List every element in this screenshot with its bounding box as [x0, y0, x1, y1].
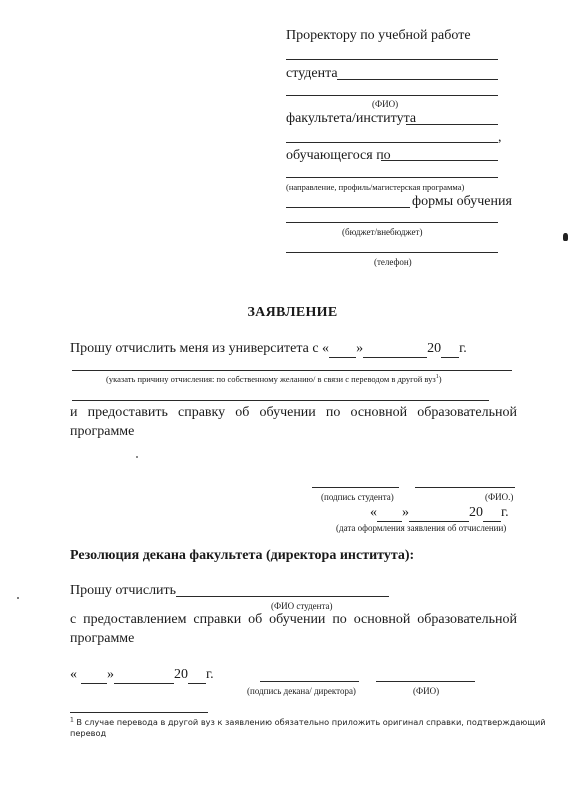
addressee-name-field[interactable] [286, 59, 498, 60]
application-day-field[interactable] [377, 505, 402, 522]
fio-hint: (ФИО) [372, 99, 398, 110]
program-hint: (направление, профиль/магистерская прогр… [286, 182, 464, 193]
faculty-field-continued[interactable] [286, 142, 498, 143]
reason-field-continued[interactable] [72, 400, 489, 401]
year-prefix: 20 [427, 341, 441, 356]
date-open: « [370, 505, 377, 520]
addressee: Проректору по учебной работе [286, 28, 471, 44]
comma: , [498, 130, 502, 146]
application-year-field[interactable] [483, 505, 501, 522]
application-date: « » 20 г. [370, 505, 509, 522]
year-field[interactable] [441, 341, 459, 358]
certificate-line-2: программе [70, 424, 134, 440]
resolution-year-field[interactable] [188, 667, 206, 684]
footnote-text-line-1: В случае перевода в другой вуз к заявлен… [74, 717, 546, 727]
date-year-prefix: 20 [469, 505, 483, 520]
scan-speck [17, 597, 19, 599]
day-field[interactable] [329, 341, 356, 358]
footnote-text-line-2: перевод [70, 728, 546, 739]
budget-field[interactable] [286, 222, 498, 223]
application-month-field[interactable] [409, 505, 469, 522]
year-suffix: г. [459, 341, 467, 356]
student-signature-hint: (подпись студента) [321, 492, 394, 503]
resolution-month-field[interactable] [114, 667, 174, 684]
resolution-request-label: Прошу отчислить [70, 583, 176, 599]
reason-hint: (указать причину отчисления: по собствен… [106, 374, 442, 385]
resolution-certificate-line-1: с предоставлением справки об обучении по… [70, 612, 517, 628]
dean-signature-field[interactable] [260, 681, 359, 682]
student-field[interactable] [337, 79, 498, 80]
request-line: Прошу отчислить меня из университета с «… [70, 341, 467, 358]
reason-hint-text: (указать причину отчисления: по собствен… [106, 374, 436, 384]
quote-close: » [356, 341, 363, 356]
resolution-certificate-line-2: программе [70, 631, 134, 647]
student-fio-hint: (ФИО.) [485, 492, 513, 503]
certificate-line-1: и предоставить справку об обучении по ос… [70, 405, 517, 421]
faculty-field[interactable] [406, 124, 498, 125]
student-signature-field[interactable] [312, 487, 399, 488]
dean-signature-hint: (подпись декана/ директора) [247, 686, 356, 697]
date-year-suffix: г. [501, 505, 509, 520]
statement-title: ЗАЯВЛЕНИЕ [0, 305, 585, 321]
resolution-date-close: » [107, 667, 114, 682]
form-label: формы обучения [412, 194, 512, 210]
resolution-year-suffix: г. [206, 667, 214, 682]
scan-speck [563, 233, 568, 241]
studying-label: обучающегося по [286, 148, 391, 164]
phone-field[interactable] [286, 252, 498, 253]
program-field[interactable] [381, 160, 498, 161]
faculty-label: факультета/института [286, 111, 416, 127]
budget-hint: (бюджет/внебюджет) [342, 227, 422, 238]
resolution-date: « » 20 г. [70, 667, 214, 684]
resolution-date-open: « [70, 667, 77, 682]
phone-hint: (телефон) [374, 257, 412, 268]
student-label: студента [286, 66, 338, 82]
student-fio-field[interactable] [286, 95, 498, 96]
application-date-hint: (дата оформления заявления об отчислении… [336, 523, 506, 534]
footnote: 1 В случае перевода в другой вуз к заявл… [70, 717, 546, 739]
reason-hint-close: ) [439, 374, 442, 384]
dean-fio-hint: (ФИО) [413, 686, 439, 697]
student-fio-signature-field[interactable] [415, 487, 515, 488]
resolution-student-fio-hint: (ФИО студента) [271, 601, 333, 612]
program-field-continued[interactable] [286, 177, 498, 178]
footnote-separator [70, 712, 208, 713]
reason-field[interactable] [72, 370, 512, 371]
month-field[interactable] [363, 341, 427, 358]
resolution-year-prefix: 20 [174, 667, 188, 682]
resolution-day-field[interactable] [81, 667, 107, 684]
scan-speck [136, 456, 138, 458]
study-form-field[interactable] [286, 207, 410, 208]
resolution-title: Резолюция декана факультета (директора и… [70, 548, 414, 564]
dean-fio-field[interactable] [376, 681, 475, 682]
date-close: » [402, 505, 409, 520]
resolution-student-fio-field[interactable] [176, 596, 389, 597]
request-text: Прошу отчислить меня из университета с « [70, 341, 329, 356]
